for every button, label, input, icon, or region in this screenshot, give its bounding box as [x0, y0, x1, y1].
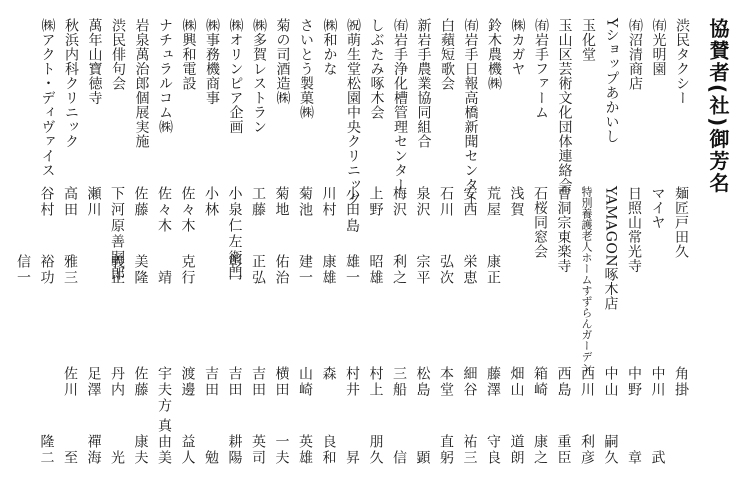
given-name: 彰一 — [222, 186, 246, 286]
company-item: ㈱和かな — [317, 18, 341, 188]
company-item: ㈲光明園 — [646, 18, 670, 188]
company-item: 玉山区芸術文化団体連絡会 — [552, 18, 576, 188]
given-name: 昭雄 — [363, 186, 387, 286]
org-item: 日照山常光寺 — [622, 186, 646, 296]
page-title: 協賛者(社)御芳名 — [706, 18, 730, 194]
org-item: マイヤ — [645, 186, 669, 296]
person-item: 瀬川 雅三 — [81, 186, 105, 286]
person-item: 浅賀 康正 — [504, 186, 528, 286]
given-name: 道朗 — [504, 366, 528, 466]
org-item: 曹洞宗東楽寺 — [551, 186, 575, 296]
given-name: 朋久 — [363, 366, 387, 466]
company-item: 渋民タクシー — [670, 18, 694, 188]
given-name: 顕 — [410, 366, 434, 466]
org-item: YAMAGON啄木店 — [598, 186, 622, 296]
given-name: 克行 — [175, 186, 199, 286]
company-item: ㈱カガヤ — [505, 18, 529, 188]
company-item: 菊の司酒造㈱ — [270, 18, 294, 188]
given-name: 義正 — [105, 186, 129, 286]
given-name: 利之 — [387, 186, 411, 286]
given-name: 信一 — [11, 186, 35, 286]
company-item: 白蘋短歌会 — [435, 18, 459, 188]
given-name: 英司 — [246, 366, 270, 466]
company-item: 新岩手農業協同組合 — [411, 18, 435, 188]
given-name: 英雄 — [293, 366, 317, 466]
given-name: 裕功 — [34, 186, 58, 286]
company-item: ㈱多賀レストラン — [247, 18, 271, 188]
company-item: ㈲岩手浄化槽管理センター — [388, 18, 412, 188]
company-item: ㈱興和電設 — [176, 18, 200, 188]
given-name: 守良 — [481, 366, 505, 466]
org-item: 特別養護老人ホームすずらんガーデン — [575, 186, 599, 296]
given-name: 昇 — [340, 366, 364, 466]
company-item: 萬年山寶徳寺 — [82, 18, 106, 188]
given-name: 真由美 — [152, 366, 176, 466]
given-name: 信 — [387, 366, 411, 466]
given-name: 康正 — [481, 186, 505, 286]
company-item: ㈱オリンピア企画 — [223, 18, 247, 188]
given-name: 栄恵 — [457, 186, 481, 286]
sponsor-list-middle: 麺匠戸田久 マイヤ 日照山常光寺 YAMAGON啄木店 特別養護老人ホームすずら… — [34, 186, 692, 296]
given-name: 至 — [58, 366, 82, 466]
given-name: 建一 — [293, 186, 317, 286]
org-item: 石桜同窓会 — [528, 186, 552, 296]
company-item: ㈱事務機商事 — [200, 18, 224, 188]
given-name: 武 — [645, 366, 669, 466]
given-name: 雄一 — [340, 186, 364, 286]
person-item: 角掛 武 — [669, 366, 693, 466]
company-item: ㈷萌生堂松園中央クリニック — [341, 18, 365, 188]
given-name: 禪海 — [81, 366, 105, 466]
company-item: Yショップあかいし — [599, 18, 623, 188]
company-item: 岩泉萬治郎個展実施 — [129, 18, 153, 188]
given-name: 利彦 — [575, 366, 599, 466]
given-name: 佑治 — [269, 186, 293, 286]
given-name: 康雄 — [316, 186, 340, 286]
given-name: 靖 — [152, 186, 176, 286]
given-name: 耕陽 — [222, 366, 246, 466]
given-name: 直躬 — [434, 366, 458, 466]
given-name: 隆二 — [34, 366, 58, 466]
given-name: 一夫 — [269, 366, 293, 466]
given-name: 康夫 — [128, 366, 152, 466]
company-item: 玉化堂 — [576, 18, 600, 188]
company-item: 渋民俳句会 — [106, 18, 130, 188]
company-item: 秋浜内科クリニック — [59, 18, 83, 188]
surname: 瀬川 — [81, 186, 105, 286]
company-list: 渋民タクシー ㈲光明園 ㈲沼清商店 Yショップあかいし 玉化堂 玉山区芸術文化団… — [35, 18, 693, 188]
given-name: 良和 — [316, 366, 340, 466]
given-name: 嗣久 — [598, 366, 622, 466]
given-name: 益人 — [175, 366, 199, 466]
given-name: 勉 — [199, 366, 223, 466]
given-name: 光 — [105, 366, 129, 466]
surname: 角掛 — [669, 366, 693, 466]
given-name: 祐三 — [457, 366, 481, 466]
company-item: ㈲沼清商店 — [623, 18, 647, 188]
company-item: しぶたみ啄木会 — [364, 18, 388, 188]
given-name: 雅三 — [58, 186, 82, 286]
given-name: 正弘 — [246, 186, 270, 286]
given-name: 章 — [622, 366, 646, 466]
given-name: 美隆 — [128, 186, 152, 286]
surname: 小林 — [199, 186, 223, 286]
company-item: ㈲岩手日報高橋新聞センター — [458, 18, 482, 188]
org-item: 麺匠戸田久 — [669, 186, 693, 296]
sponsor-list-bottom: 角掛 武 中川 章 中野 嗣久 中山 利彦 西川 重臣 西島 康之 箱崎 道朗 … — [58, 366, 693, 476]
company-item: ㈱アクト・ディヴァイス — [35, 18, 59, 188]
given-name: 弘次 — [434, 186, 458, 286]
company-item: さいとう製菓㈱ — [294, 18, 318, 188]
given-name: 宗平 — [410, 186, 434, 286]
person-item: 小林 克行 — [199, 186, 223, 286]
surname: 浅賀 — [504, 186, 528, 286]
company-item: ナチュラルコム㈱ — [153, 18, 177, 188]
given-name: 重臣 — [551, 366, 575, 466]
given-name: 康之 — [528, 366, 552, 466]
company-item: ㈲岩手ファーム — [529, 18, 553, 188]
company-item: 鈴木農機㈱ — [482, 18, 506, 188]
